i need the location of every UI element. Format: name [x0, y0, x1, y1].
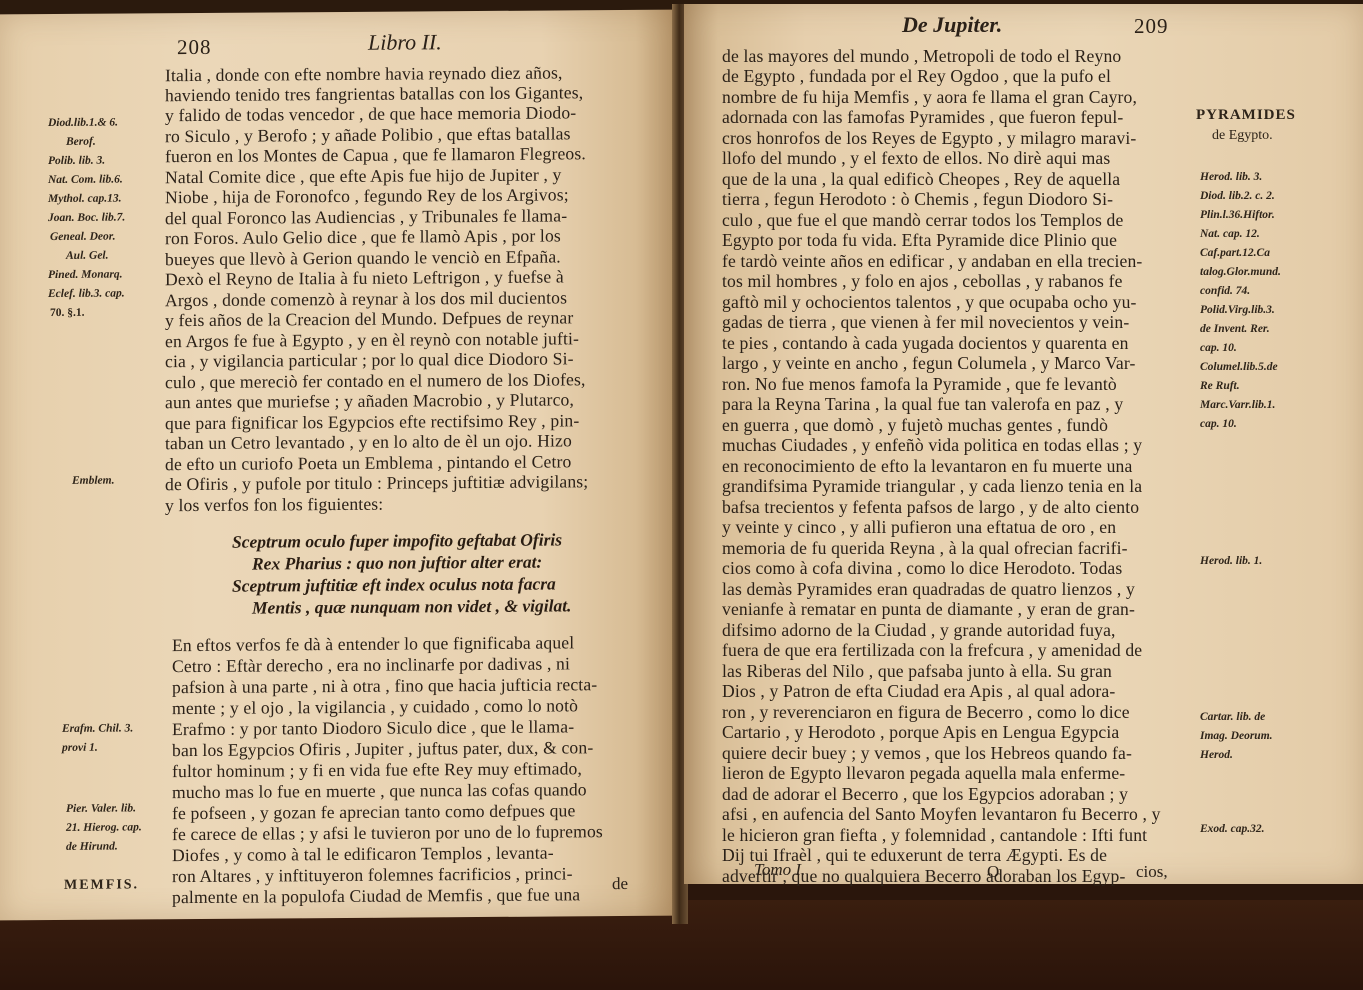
- margin-note: 21. Hierog. cap.: [66, 818, 142, 838]
- margin-note: Imag. Deorum.: [1200, 727, 1273, 746]
- text-line: llofo del mundo , y el fexto de ellos. N…: [722, 148, 1110, 168]
- text-line: y veinte y cinco , y alli pufieron una e…: [722, 517, 1116, 537]
- margin-note: Columel.lib.5.de: [1200, 358, 1278, 377]
- text-line: fultor hominum ; y fi en vida fue efte R…: [172, 758, 582, 781]
- text-line: En eftos verfos fe dà à entender lo que …: [172, 632, 574, 655]
- text-line: ro Siculo , y Berofo ; y añade Polibio ,…: [165, 123, 571, 146]
- text-line: en reconocimiento de efto la levantaron …: [722, 456, 1132, 476]
- page-number-right: 209: [1134, 14, 1169, 39]
- text-line: cros honrofos de los Reyes de Egypto , y…: [722, 128, 1136, 148]
- margin-note: Erafm. Chil. 3.: [62, 719, 133, 738]
- margin-note: provi 1.: [62, 739, 98, 758]
- text-line: ron , y reverenciaron en figura de Becer…: [722, 702, 1130, 722]
- margin-note: Herod. lib. 3.: [1200, 168, 1262, 187]
- text-line: fe tardò veinte años en edificar , y and…: [722, 251, 1142, 271]
- text-line: y los verfos fon los figuientes:: [165, 494, 383, 516]
- text-line: fuera de que era fertilizada con la fref…: [722, 640, 1142, 660]
- margin-note: Berof.: [66, 133, 96, 152]
- text-line: Dios , y Patron de efta Ciudad era Apis …: [722, 681, 1115, 701]
- text-line: te pies , contando à cada yugada docient…: [722, 333, 1129, 353]
- text-line: fueron en los Montes de Capua , que fe l…: [165, 143, 586, 166]
- text-line: fe pofseen , y gozan fe aprecian tanto c…: [172, 800, 575, 823]
- text-line: de Ofiris , y pufole por titulo : Prince…: [165, 471, 588, 494]
- text-line: Dexò el Reyno de Italia à fu nieto Leftr…: [165, 266, 564, 289]
- page-number-left: 208: [177, 35, 212, 60]
- margin-note: Herod.: [1200, 746, 1233, 765]
- running-head-right: De Jupiter.: [902, 12, 1002, 38]
- text-line: culo , que fue el que mandò cerrar todos…: [722, 210, 1123, 230]
- signature-mark: O: [987, 862, 999, 882]
- text-line: ron Foros. Aulo Gelio dice , que fe llam…: [165, 225, 561, 248]
- margin-note: Nat. Com. lib.6.: [48, 171, 123, 191]
- margin-note: de Invent. Rer.: [1200, 320, 1270, 339]
- text-line: grandifsima Pyramide triangular , y cada…: [722, 476, 1142, 496]
- text-line: del qual Foronco las Audiencias , y Trib…: [165, 205, 567, 228]
- text-line: de Egypto , fundada por el Rey Ogdoo , q…: [722, 66, 1111, 86]
- text-line: Erafmo : y por tanto Diodoro Siculo dice…: [172, 716, 574, 739]
- text-line: cios como à cofa divina , como lo dice H…: [722, 558, 1122, 578]
- running-head-left: Libro II.: [368, 29, 442, 56]
- text-line: dad de adorar el Becerro , que los Egypc…: [722, 784, 1128, 804]
- left-page: 208 Libro II. Italia , donde con efte no…: [0, 10, 676, 921]
- margin-note: Aul. Gel.: [66, 247, 109, 266]
- text-line: Cartario , y Herodoto , porque Apis en L…: [722, 722, 1119, 742]
- text-line: cia , y vigilancia particular ; por lo q…: [165, 348, 574, 371]
- margin-note: Pier. Valer. lib.: [66, 799, 136, 818]
- text-line: venianfe à rematar en punta de diamante …: [722, 599, 1135, 619]
- left-text-block-2: En eftos verfos fe dà à entender lo que …: [172, 632, 642, 635]
- text-line: adornada con las famofas Pyramides , que…: [722, 107, 1123, 127]
- text-line: taban un Cetro levantado , y en lo alto …: [165, 430, 572, 453]
- margin-note: cap. 10.: [1200, 415, 1237, 434]
- text-line: difsimo adorno de la Ciudad , y grande a…: [722, 620, 1116, 640]
- text-line: tos mil hombres , y folo en ajos , cebol…: [722, 271, 1123, 291]
- text-line: Natal Comite dice , que efte Apis fue hi…: [165, 164, 562, 187]
- margin-note: Diod.lib.1.& 6.: [48, 114, 118, 133]
- margin-note-emblem: Emblem.: [72, 472, 115, 491]
- text-line: bafsa trecientos y fefenta pafsos de lar…: [722, 497, 1139, 517]
- text-line: palmente en la populofa Ciudad de Memfis…: [172, 884, 580, 907]
- text-line: de efto un curiofo Poeta un Emblema , pi…: [165, 451, 571, 474]
- text-line: y feis años de la Creacion del Mundo. De…: [165, 307, 573, 330]
- volume-label: Tomo I.: [754, 860, 805, 880]
- margin-heading-pyramides: PYRAMIDES: [1196, 106, 1296, 125]
- verse-line: Mentis , quæ nunquam non videt , & vigil…: [252, 594, 571, 618]
- text-line: para la Reyna Tarina , la qual fue tan v…: [722, 394, 1123, 414]
- text-line: muchas Ciudades , y enfeñò vida politica…: [722, 435, 1142, 455]
- text-line: mucho mas lo fue en muerte , que nunca l…: [172, 779, 587, 802]
- text-line: Italia , donde con efte nombre havia rey…: [165, 62, 563, 85]
- catchword-left: de: [612, 874, 628, 894]
- margin-note: de Egypto.: [1212, 126, 1273, 145]
- text-line: las demàs Pyramides eran quadradas de qu…: [722, 579, 1135, 599]
- left-text-block-1: Italia , donde con efte nombre havia rey…: [165, 62, 645, 65]
- margin-note: Plin.l.36.Hiftor.: [1200, 206, 1275, 225]
- margin-note: Re Ruft.: [1200, 377, 1240, 396]
- text-line: y falido de todas vencedor , de que hace…: [165, 102, 576, 125]
- verse-line: Sceptrum oculo fuper impofito geftabat O…: [232, 528, 562, 552]
- margin-note: 70. §.1.: [50, 304, 85, 323]
- text-line: Niobe , hija de Foronofco , fegundo Rey …: [165, 184, 569, 207]
- margin-note: talog.Glor.mund.: [1200, 263, 1281, 282]
- margin-note: Exod. cap.32.: [1200, 820, 1265, 839]
- text-line: gaftò mil y ochocientos talentos , y que…: [722, 292, 1137, 312]
- text-line: Cetro : Eftàr derecho , era no inclinarf…: [172, 653, 570, 676]
- margin-note: Herod. lib. 1.: [1200, 552, 1262, 571]
- margin-note: de Hirund.: [66, 838, 118, 857]
- text-line: en guerra , que domò , y fujetò muchas g…: [722, 415, 1108, 435]
- text-line: lieron de Egypto llevaron pegada aquella…: [722, 763, 1125, 783]
- text-line: pafsion à una parte , ni à otra , fino q…: [172, 674, 597, 697]
- right-page: De Jupiter. 209 de las mayores del mundo…: [684, 4, 1363, 884]
- margin-note: Mythol. cap.13.: [48, 190, 121, 210]
- text-line: ron Altares , y inftituyeron folemnes fa…: [172, 863, 573, 886]
- text-line: mente ; y el ojo , la vigilancia , y cui…: [172, 695, 578, 718]
- verse-line: Sceptrum juftitiæ eft index oculus nota …: [232, 572, 556, 596]
- margin-note: Diod. lib.2. c. 2.: [1200, 187, 1275, 206]
- text-line: gadas de tierra , que vienen à fer mil n…: [722, 312, 1129, 332]
- catchword-right: cios,: [1136, 862, 1168, 882]
- text-line: Diofes , y como à tal le edificaron Temp…: [172, 842, 554, 865]
- margin-note: Marc.Varr.lib.1.: [1200, 396, 1275, 415]
- margin-note: Caf.part.12.Ca: [1200, 244, 1270, 263]
- margin-heading-memfis: MEMFIS.: [64, 875, 139, 895]
- text-line: le hicieron gran fiefta , y folemnidad ,…: [722, 825, 1147, 845]
- text-line: memoria de fu querida Reyna , à la qual …: [722, 538, 1128, 558]
- text-line: ron. No fue menos famofa la Pyramide , q…: [722, 374, 1117, 394]
- margin-note: Nat. cap. 12.: [1200, 225, 1260, 244]
- text-line: quiere decir buey ; y vemos , que los He…: [722, 743, 1132, 763]
- margin-note: Joan. Boc. lib.7.: [48, 208, 125, 228]
- text-line: que de la una , la qual edificò Cheopes …: [722, 169, 1120, 189]
- text-line: Egypto por toda fu vida. Efta Pyramide d…: [722, 230, 1117, 250]
- margin-note: cap. 10.: [1200, 339, 1237, 358]
- text-line: largo , y veinte en ancho , fegun Colume…: [722, 353, 1136, 373]
- margin-note: Pined. Monarq.: [48, 266, 122, 286]
- verse-line: Rex Pharius : quo non juftior alter erat…: [252, 551, 542, 575]
- text-line: bueyes que llevò à Gerion quando le venc…: [165, 246, 561, 269]
- margin-note: Polib. lib. 3.: [48, 152, 105, 171]
- text-line: ban los Egypcios Ofiris , Jupiter , juft…: [172, 737, 593, 760]
- margin-note: Geneal. Deor.: [50, 228, 115, 247]
- text-line: fe carece de ellas ; y afsi le tuvieron …: [172, 821, 603, 844]
- text-line: nombre de fu hija Memfis , y aora fe lla…: [722, 87, 1137, 107]
- margin-note: Cartar. lib. de: [1200, 708, 1265, 727]
- text-line: afsi , en aufencia del Santo Moyfen leva…: [722, 804, 1161, 824]
- margin-note: confid. 74.: [1200, 282, 1250, 301]
- text-line: de las mayores del mundo , Metropoli de …: [722, 46, 1121, 66]
- text-line: aun antes que muriefse ; y añaden Macrob…: [165, 389, 574, 412]
- text-line: Argos , donde comenzò à reynar à los dos…: [165, 287, 567, 310]
- margin-note: Polid.Virg.lib.3.: [1200, 301, 1275, 320]
- text-line: las Riberas del Nilo , que pafsaba junto…: [722, 661, 1112, 681]
- margin-note: Eclef. lib.3. cap.: [48, 284, 125, 304]
- text-line: tierra , fegun Herodoto : ò Chemis , feg…: [722, 189, 1113, 209]
